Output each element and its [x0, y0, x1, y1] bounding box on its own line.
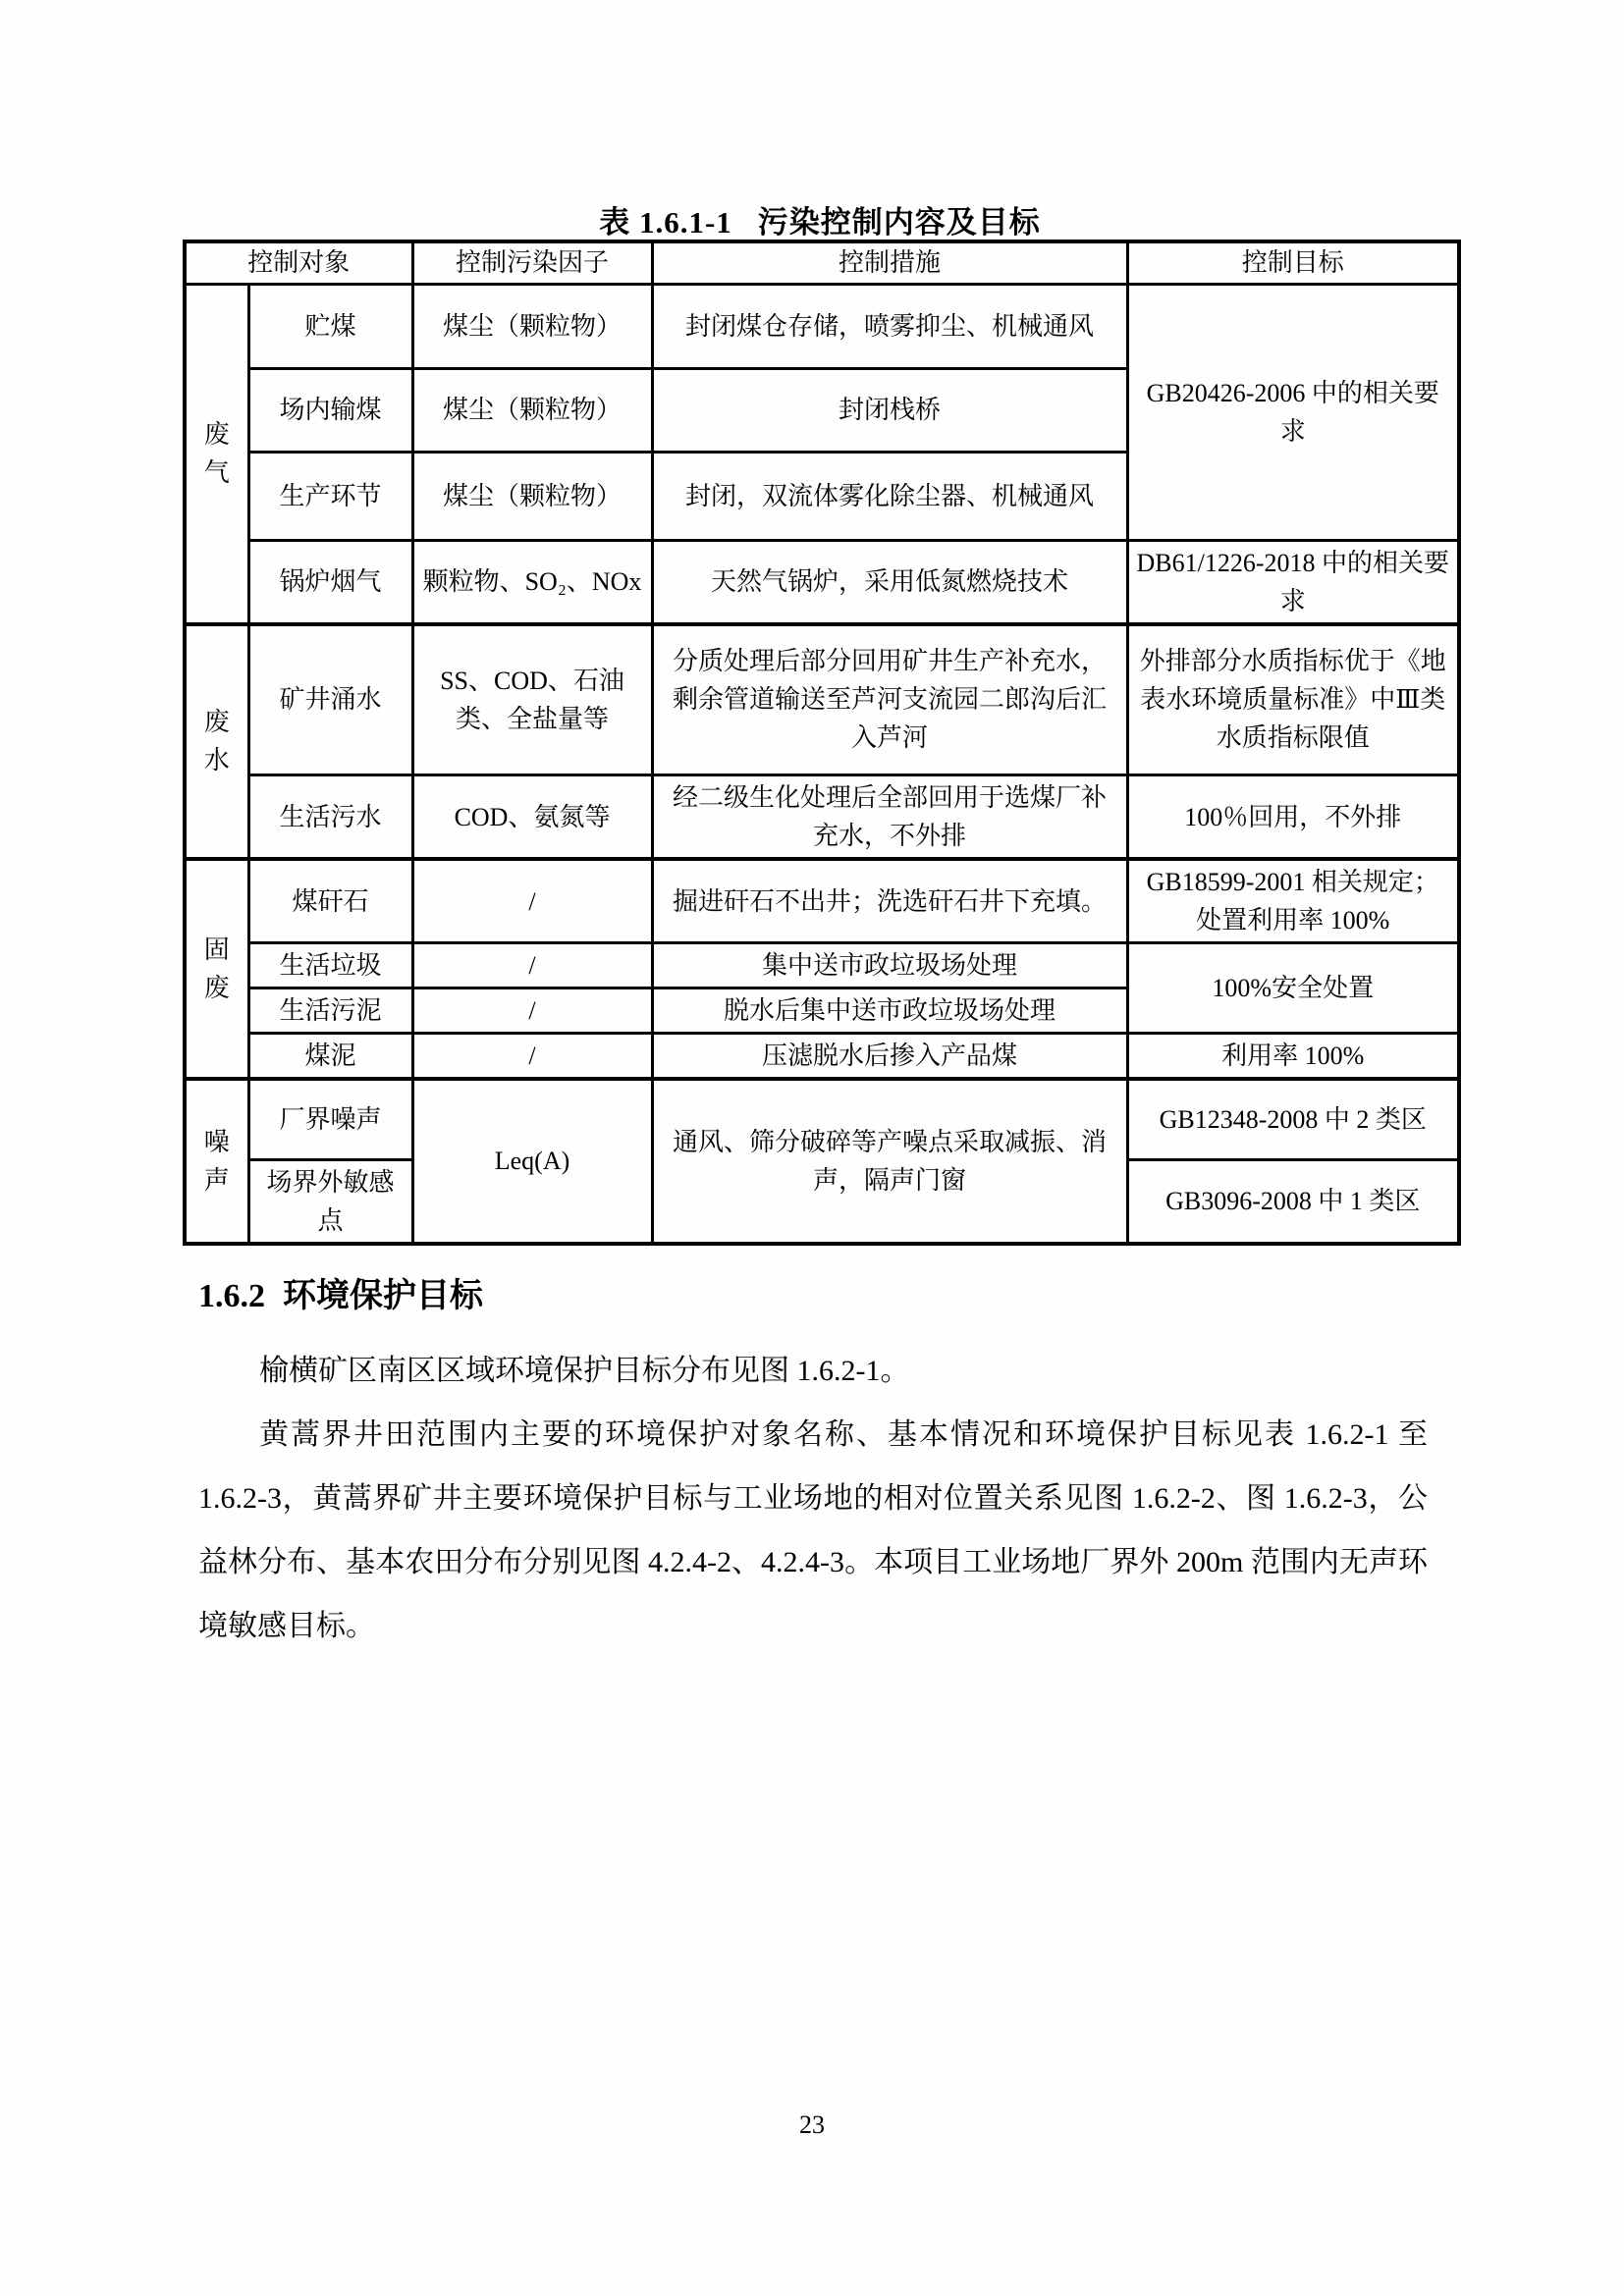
cell-factor: / [412, 943, 652, 988]
cell-factor: Leq(A) [412, 1079, 652, 1244]
cell-factor: / [412, 988, 652, 1034]
cell-object: 生产环节 [248, 452, 412, 540]
table-row: 煤泥 / 压滤脱水后掺入产品煤 利用率 100% [185, 1034, 1459, 1080]
cell-target: 利用率 100% [1127, 1034, 1459, 1080]
cell-measure: 经二级生化处理后全部回用于选煤厂补充水，不外排 [652, 775, 1127, 860]
cell-object: 场界外敏感点 [248, 1159, 412, 1244]
cell-measure: 掘进矸石不出井；洗选矸石井下充填。 [652, 859, 1127, 943]
section-heading-number: 1.6.2 [198, 1278, 265, 1314]
cell-measure: 封闭，双流体雾化除尘器、机械通风 [652, 452, 1127, 540]
cell-target: GB18599-2001 相关规定；处置利用率 100% [1127, 859, 1459, 943]
cell-measure: 通风、筛分破碎等产噪点采取减振、消声，隔声门窗 [652, 1079, 1127, 1244]
page-number: 23 [0, 2110, 1624, 2140]
cell-target: DB61/1226-2018 中的相关要求 [1127, 540, 1459, 624]
table-header-row: 控制对象 控制污染因子 控制措施 控制目标 [185, 241, 1459, 284]
header-object: 控制对象 [185, 241, 412, 284]
cell-target: GB20426-2006 中的相关要求 [1127, 284, 1459, 540]
cell-category-water: 废水 [185, 624, 248, 860]
cell-factor: / [412, 859, 652, 943]
cell-factor: 煤尘（颗粒物） [412, 368, 652, 452]
cell-measure: 集中送市政垃圾场处理 [652, 943, 1127, 988]
cell-object: 生活垃圾 [248, 943, 412, 988]
cell-target: 100%安全处置 [1127, 943, 1459, 1034]
table-title-number: 表 1.6.1-1 [599, 205, 732, 240]
cell-measure: 天然气锅炉，采用低氮燃烧技术 [652, 540, 1127, 624]
section-heading: 1.6.2环境保护目标 [198, 1268, 1428, 1316]
table-row: 生活垃圾 / 集中送市政垃圾场处理 100%安全处置 [185, 943, 1459, 988]
table-row: 废气 贮煤 煤尘（颗粒物） 封闭煤仓存储，喷雾抑尘、机械通风 GB20426-2… [185, 284, 1459, 368]
cell-factor: 颗粒物、SO₂、NOx [412, 540, 652, 624]
pollution-control-table: 控制对象 控制污染因子 控制措施 控制目标 废气 贮煤 煤尘（颗粒物） 封闭煤仓… [183, 240, 1461, 1246]
cell-object: 煤泥 [248, 1034, 412, 1080]
paragraph: 榆横矿区南区区域环境保护目标分布见图 1.6.2-1。 [198, 1339, 1428, 1403]
table-row: 生活污水 COD、氨氮等 经二级生化处理后全部回用于选煤厂补充水，不外排 100… [185, 775, 1459, 860]
cell-measure: 封闭栈桥 [652, 368, 1127, 452]
cell-target: 外排部分水质指标优于《地表水环境质量标准》中Ⅲ类水质指标限值 [1127, 624, 1459, 775]
cell-object: 场内输煤 [248, 368, 412, 452]
cell-object: 锅炉烟气 [248, 540, 412, 624]
cell-category-noise: 噪声 [185, 1079, 248, 1244]
cell-factor: / [412, 1034, 652, 1080]
table-title-text: 污染控制内容及目标 [758, 205, 1041, 240]
table-row: 锅炉烟气 颗粒物、SO₂、NOx 天然气锅炉，采用低氮燃烧技术 DB61/122… [185, 540, 1459, 624]
cell-factor: SS、COD、石油类、全盐量等 [412, 624, 652, 775]
cell-object: 贮煤 [248, 284, 412, 368]
cell-object: 煤矸石 [248, 859, 412, 943]
cell-category-solid: 固废 [185, 859, 248, 1079]
cell-target: GB3096-2008 中 1 类区 [1127, 1159, 1459, 1244]
header-factor: 控制污染因子 [412, 241, 652, 284]
cell-factor: COD、氨氮等 [412, 775, 652, 860]
table-row: 废水 矿井涌水 SS、COD、石油类、全盐量等 分质处理后部分回用矿井生产补充水… [185, 624, 1459, 775]
cell-object: 生活污水 [248, 775, 412, 860]
document-page: 表 1.6.1-1污染控制内容及目标 控制对象 控制污染因子 控制措施 控制目标… [0, 0, 1624, 2296]
cell-target: 100％回用，不外排 [1127, 775, 1459, 860]
paragraph: 黄蒿界井田范围内主要的环境保护对象名称、基本情况和环境保护目标见表 1.6.2-… [198, 1403, 1428, 1658]
cell-measure: 压滤脱水后掺入产品煤 [652, 1034, 1127, 1080]
table-title: 表 1.6.1-1污染控制内容及目标 [183, 197, 1457, 241]
cell-factor: 煤尘（颗粒物） [412, 284, 652, 368]
table-row: 噪声 厂界噪声 Leq(A) 通风、筛分破碎等产噪点采取减振、消声，隔声门窗 G… [185, 1079, 1459, 1159]
cell-measure: 封闭煤仓存储，喷雾抑尘、机械通风 [652, 284, 1127, 368]
cell-category-gas: 废气 [185, 284, 248, 624]
cell-object: 厂界噪声 [248, 1079, 412, 1159]
cell-measure: 脱水后集中送市政垃圾场处理 [652, 988, 1127, 1034]
cell-object: 矿井涌水 [248, 624, 412, 775]
cell-measure: 分质处理后部分回用矿井生产补充水，剩余管道输送至芦河支流园二郎沟后汇入芦河 [652, 624, 1127, 775]
cell-factor: 煤尘（颗粒物） [412, 452, 652, 540]
cell-object: 生活污泥 [248, 988, 412, 1034]
section-1-6-2: 1.6.2环境保护目标 榆横矿区南区区域环境保护目标分布见图 1.6.2-1。 … [198, 1268, 1428, 1658]
cell-target: GB12348-2008 中 2 类区 [1127, 1079, 1459, 1159]
table-row: 固废 煤矸石 / 掘进矸石不出井；洗选矸石井下充填。 GB18599-2001 … [185, 859, 1459, 943]
header-target: 控制目标 [1127, 241, 1459, 284]
header-measure: 控制措施 [652, 241, 1127, 284]
section-heading-title: 环境保护目标 [283, 1277, 483, 1314]
